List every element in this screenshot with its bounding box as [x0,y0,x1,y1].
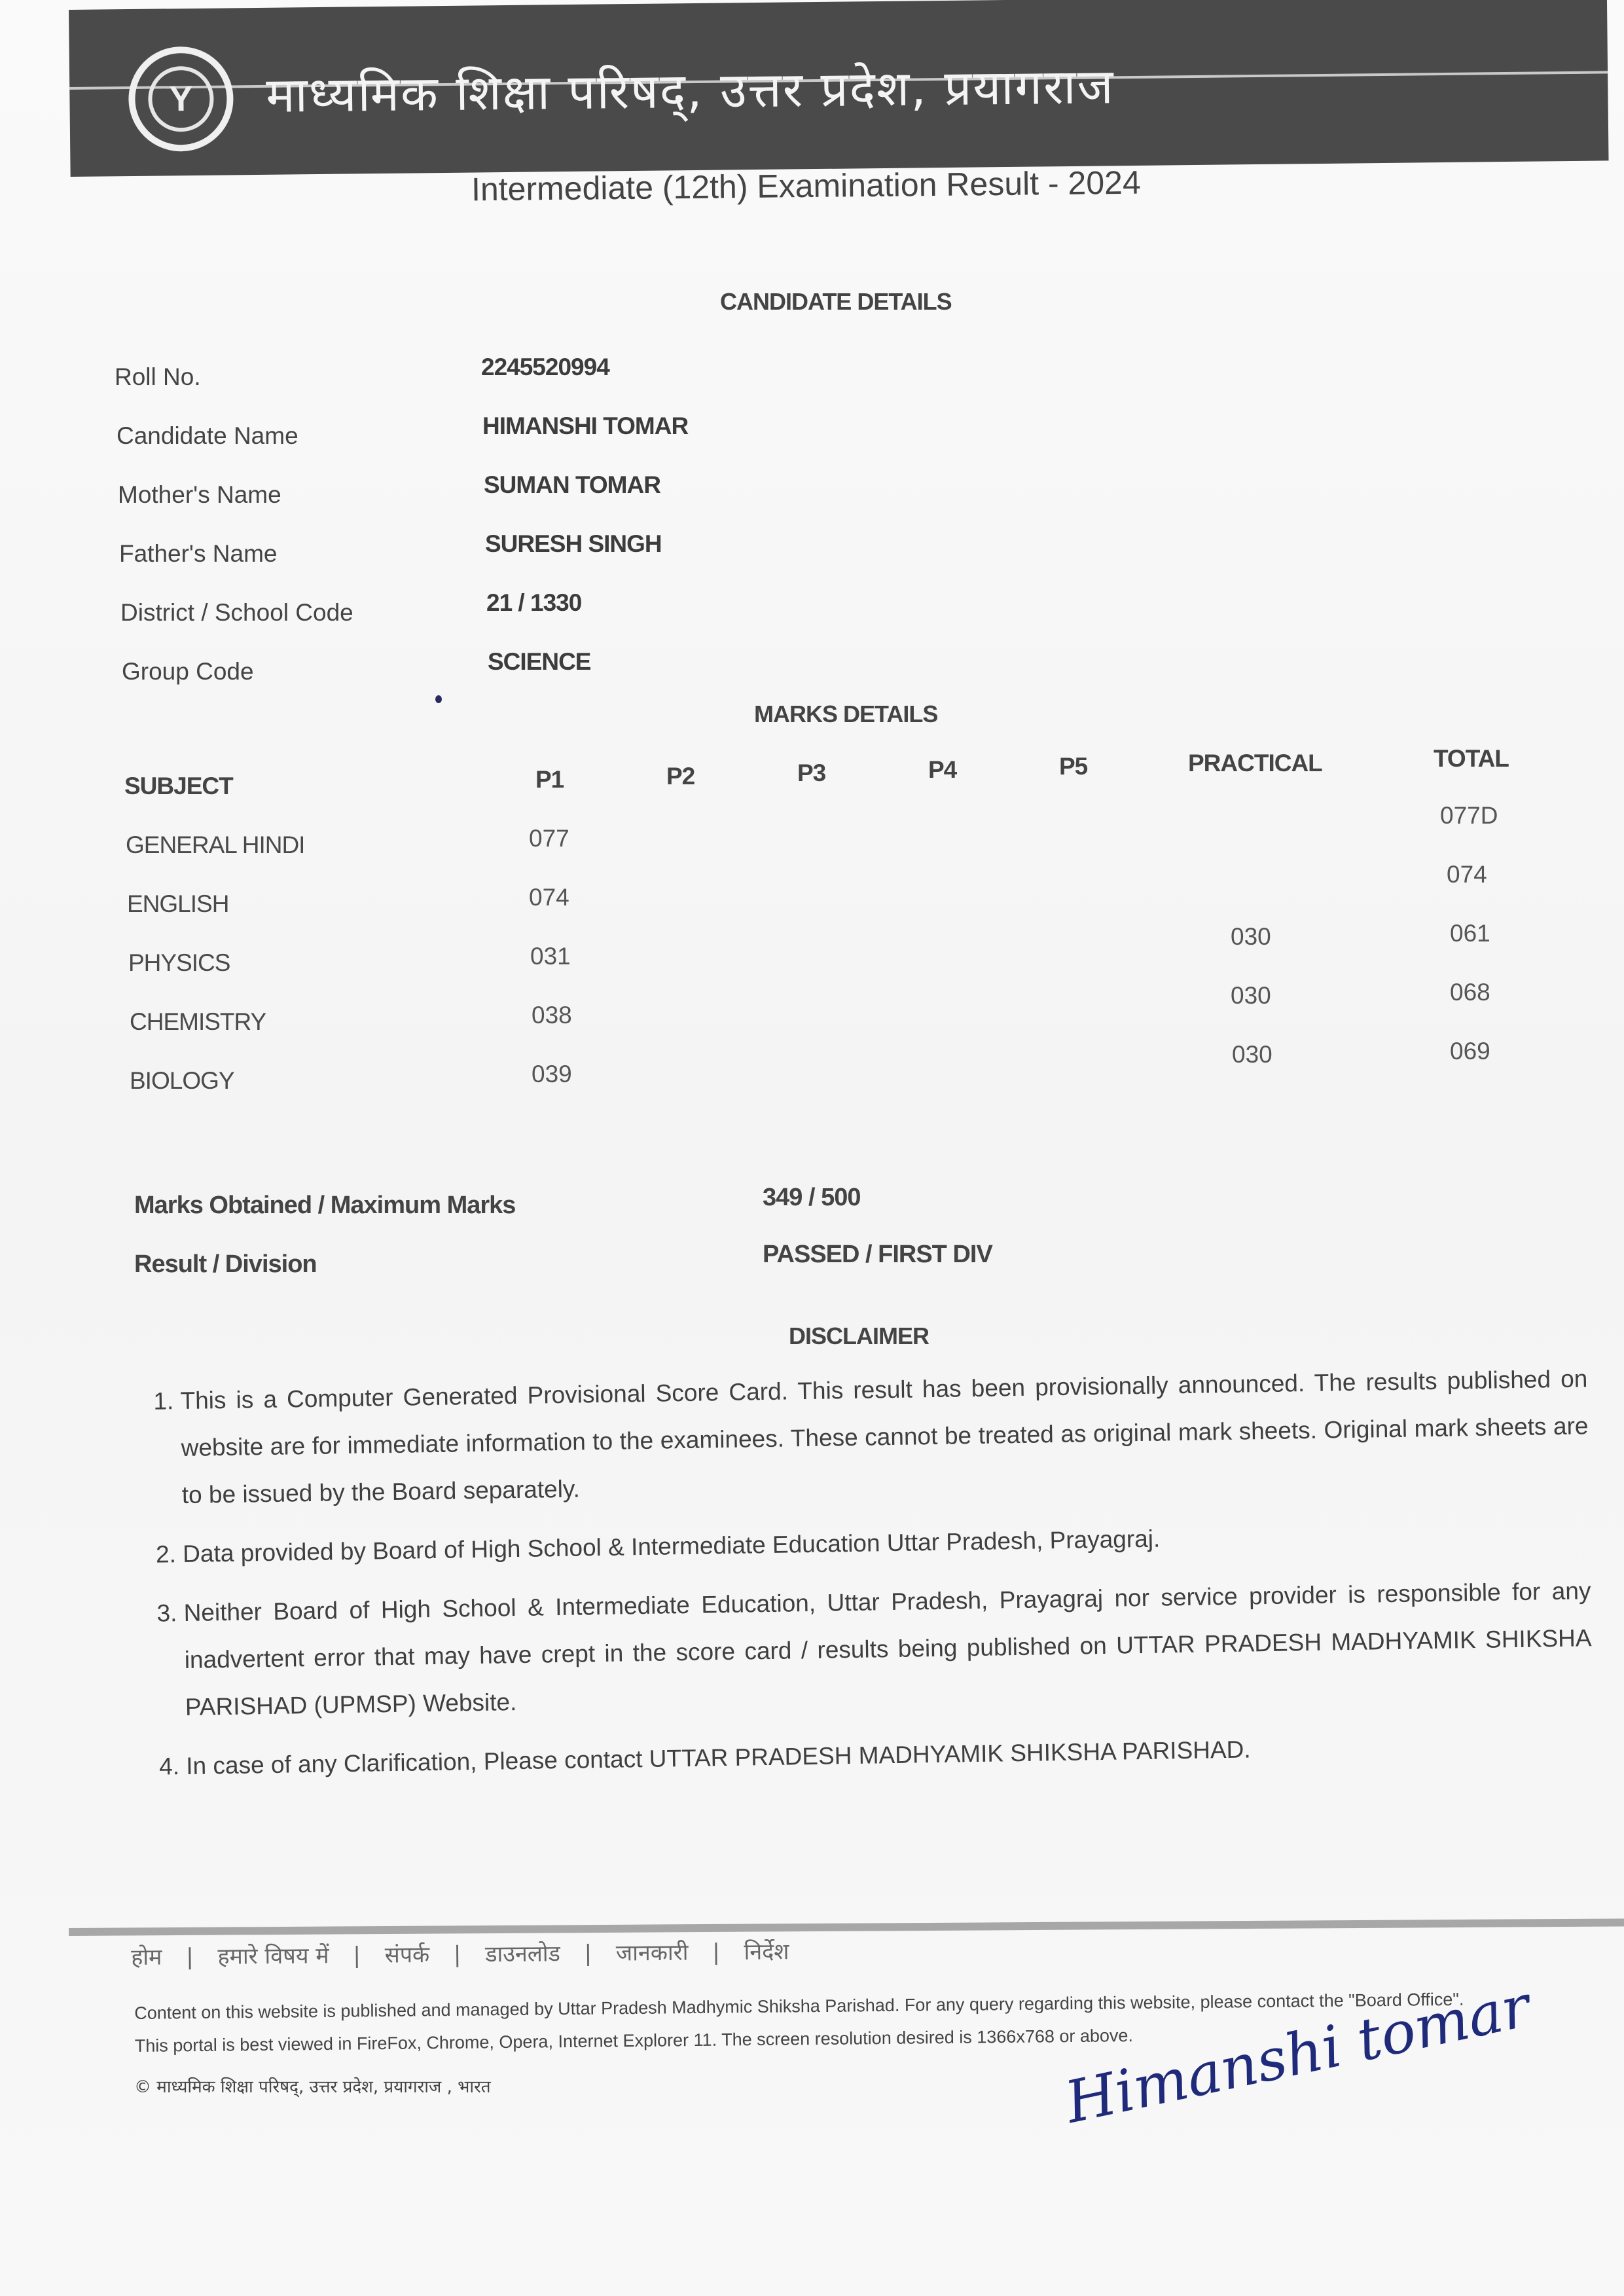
p1-mark: 031 [530,943,571,970]
nav-separator: | [353,1942,361,1969]
col-p3: P3 [797,759,825,787]
district-school-code-label: District / School Code [120,599,353,627]
footer-link-home[interactable]: होम [131,1944,162,1971]
footer-link-about[interactable]: हमारे विषय में [217,1942,329,1969]
col-practical: PRACTICAL [1188,750,1322,777]
result-division-value: PASSED / FIRST DIV [763,1241,992,1269]
subject-name: GENERAL HINDI [126,831,304,859]
exam-title: Intermediate (12th) Examination Result -… [471,164,1141,209]
subject-name: PHYSICS [128,949,230,977]
disclaimer-item: Neither Board of High School & Intermedi… [183,1567,1593,1731]
father-name-label: Father's Name [119,540,277,568]
footer-link-information[interactable]: जानकारी [616,1940,689,1967]
footer-nav: होम | हमारे विषय में | संपर्क | डाउनलोड … [131,1935,789,1971]
disclaimer-list: This is a Computer Generated Provisional… [141,1355,1594,1802]
practical-mark: 030 [1232,1041,1272,1068]
mother-name-label: Mother's Name [118,481,281,509]
p1-mark: 074 [529,884,569,911]
roll-no-label: Roll No. [115,363,201,391]
p1-mark: 038 [532,1002,572,1029]
nav-separator: | [712,1939,720,1965]
nav-separator: | [454,1942,461,1968]
marks-obtained-value: 349 / 500 [763,1184,860,1212]
p1-mark: 039 [532,1061,572,1088]
candidate-name-label: Candidate Name [117,422,298,450]
emblem-inner-icon: Y [148,66,214,132]
col-p1: P1 [535,766,564,793]
practical-mark: 030 [1231,923,1271,951]
up-board-emblem-icon: Y [128,46,234,152]
col-p4: P4 [928,756,956,784]
subject-name: CHEMISTRY [130,1008,266,1036]
roll-no-value: 2245520994 [481,354,609,381]
total-mark: 077D [1440,802,1498,829]
total-mark: 069 [1450,1038,1490,1065]
col-p5: P5 [1059,753,1087,780]
footer-link-download[interactable]: डाउनलोड [485,1941,560,1967]
copyright-text: माध्यमिक शिक्षा परिषद्, उत्तर प्रदेश, प्… [156,2077,490,2097]
subject-name: BIOLOGY [130,1067,234,1095]
col-total: TOTAL [1434,745,1509,773]
col-p2: P2 [666,763,695,790]
total-mark: 074 [1447,861,1487,888]
header-banner: Y माध्यमिक शिक्षा परिषद्, उत्तर प्रदेश, … [69,0,1609,177]
total-mark: 068 [1450,979,1490,1006]
disclaimer-item: Data provided by Board of High School & … [183,1508,1591,1578]
candidate-name-value: HIMANSHI TOMAR [482,412,688,440]
group-code-value: SCIENCE [488,648,590,676]
col-subject: SUBJECT [124,773,233,800]
nav-separator: | [584,1941,592,1967]
result-page: Y माध्यमिक शिक्षा परिषद्, उत्तर प्रदेश, … [0,0,1624,2296]
result-division-label: Result / Division [134,1250,317,1279]
candidate-details-heading: CANDIDATE DETAILS [720,288,952,316]
copyright: © माध्यमिक शिक्षा परिषद्, उत्तर प्रदेश, … [134,2074,491,2098]
footer-link-contact[interactable]: संपर्क [385,1942,430,1969]
footer-link-instructions[interactable]: निर्देश [744,1939,789,1965]
ink-dot [435,695,442,703]
district-school-code-value: 21 / 1330 [486,589,581,617]
marks-details-heading: MARKS DETAILS [754,701,937,728]
marks-obtained-label: Marks Obtained / Maximum Marks [134,1192,515,1220]
total-mark: 061 [1450,920,1490,947]
practical-mark: 030 [1231,982,1271,1010]
disclaimer-item: In case of any Clarification, Please con… [186,1721,1594,1790]
copyright-icon: © [134,2077,151,2097]
group-code-label: Group Code [122,658,254,685]
board-name-hindi: माध्यमिक शिक्षा परिषद्, उत्तर प्रदेश, प्… [266,51,1115,126]
footer-divider [69,1918,1624,1936]
disclaimer-item: This is a Computer Generated Provisional… [180,1355,1589,1519]
mother-name-value: SUMAN TOMAR [484,471,660,499]
p1-mark: 077 [529,825,569,852]
nav-separator: | [186,1944,194,1970]
subject-name: ENGLISH [127,890,228,918]
disclaimer-heading: DISCLAIMER [789,1322,929,1350]
father-name-value: SURESH SINGH [485,530,662,558]
